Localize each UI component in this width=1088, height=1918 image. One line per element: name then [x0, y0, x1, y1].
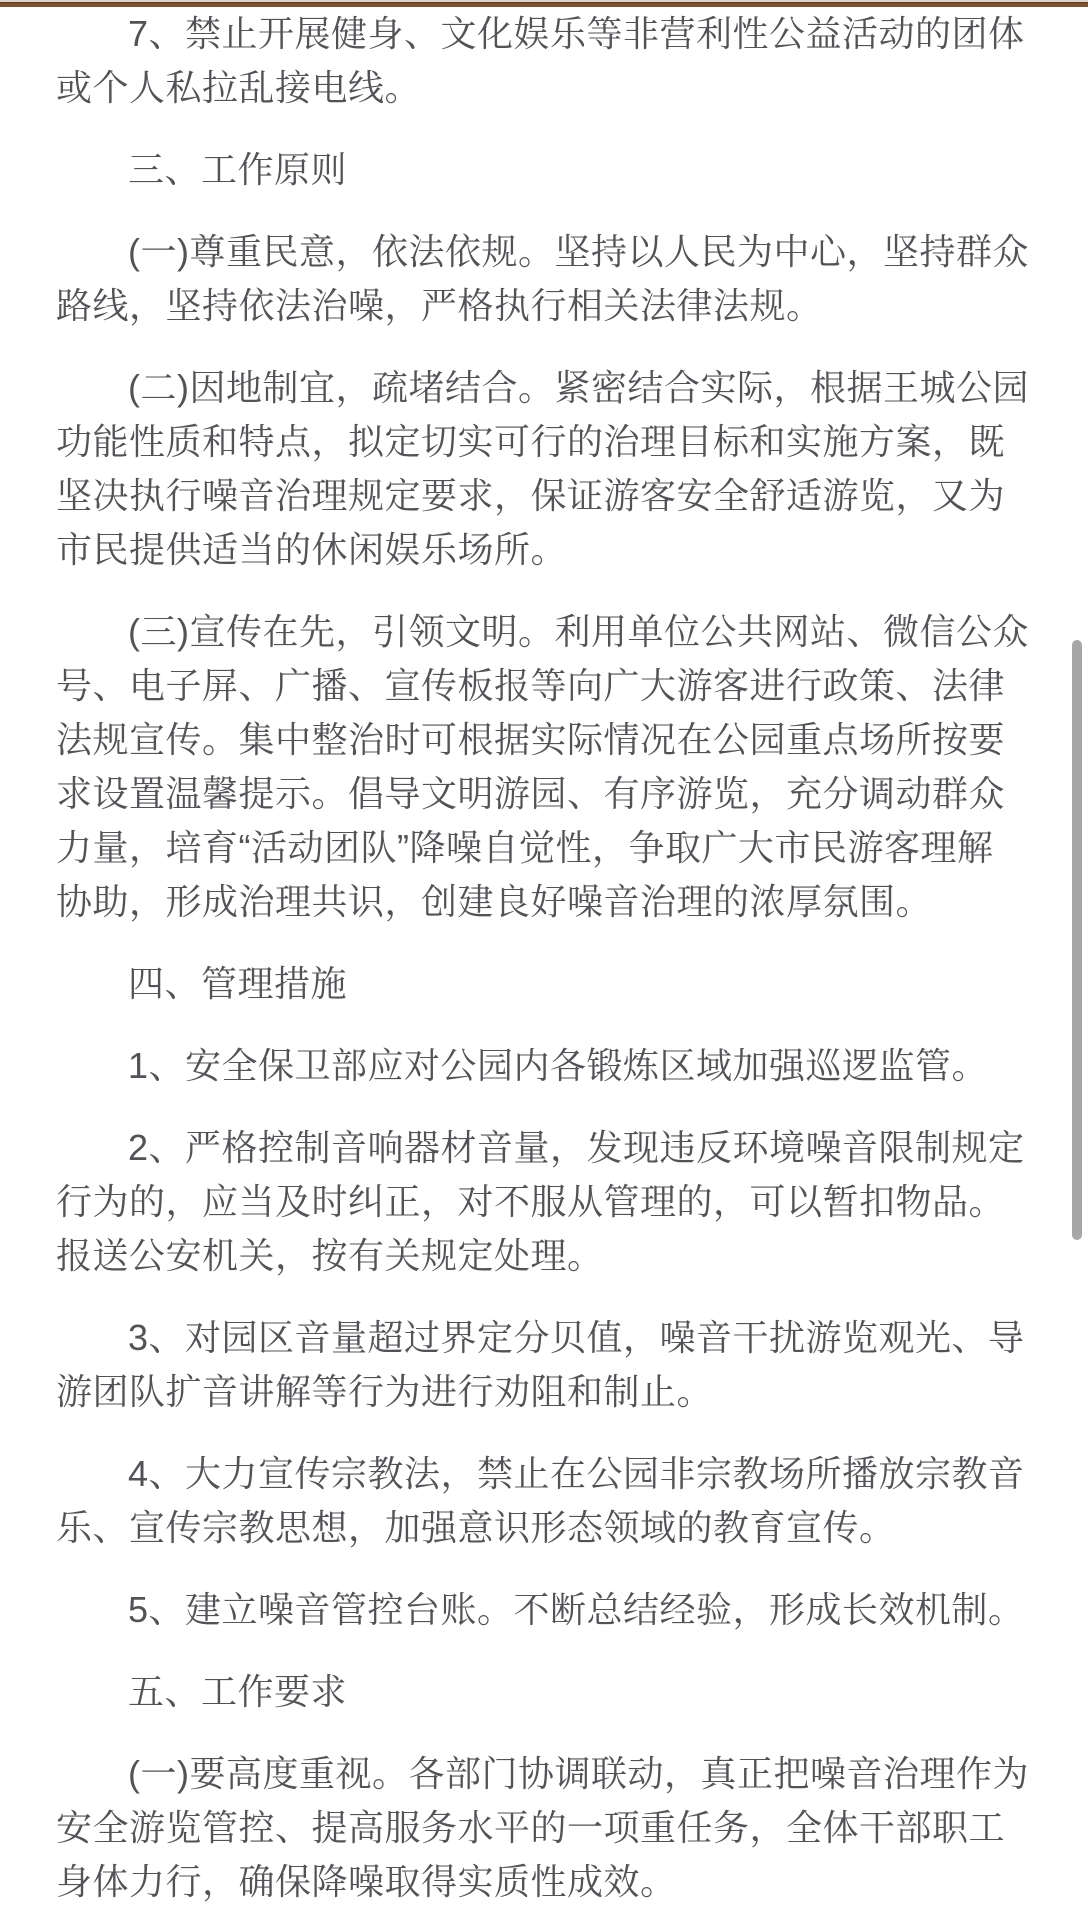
heading-line: 五、工作要求 — [56, 1665, 1032, 1719]
paragraph-line: (一)要高度重视。各部门协调联动，真正把噪音治理作为 — [56, 1747, 1032, 1801]
paragraph: (二)因地制宜，疏堵结合。紧密结合实际，根据王城公园功能性质和特点，拟定切实可行… — [56, 361, 1032, 577]
paragraph-line: 身体力行，确保降噪取得实质性成效。 — [56, 1855, 1032, 1909]
section-heading: 三、工作原则 — [56, 143, 1032, 197]
paragraph-line: 1、安全保卫部应对公园内各锻炼区域加强巡逻监管。 — [56, 1039, 1032, 1093]
paragraph-line: 3、对园区音量超过界定分贝值，噪音干扰游览观光、导 — [56, 1311, 1032, 1365]
paragraph-line: 4、大力宣传宗教法，禁止在公园非宗教场所播放宗教音 — [56, 1447, 1032, 1501]
paragraph-line: 游团队扩音讲解等行为进行劝阻和制止。 — [56, 1365, 1032, 1419]
paragraph: 3、对园区音量超过界定分贝值，噪音干扰游览观光、导游团队扩音讲解等行为进行劝阻和… — [56, 1311, 1032, 1419]
paragraph-line: 协助，形成治理共识，创建良好噪音治理的浓厚氛围。 — [56, 875, 1032, 929]
paragraph-line: 安全游览管控、提高服务水平的一项重任务，全体干部职工 — [56, 1801, 1032, 1855]
paragraph-line: 路线，坚持依法治噪，严格执行相关法律法规。 — [56, 279, 1032, 333]
paragraph-line: 7、禁止开展健身、文化娱乐等非营利性公益活动的团体 — [56, 7, 1032, 61]
paragraph-line: (三)宣传在先，引领文明。利用单位公共网站、微信公众 — [56, 605, 1032, 659]
paragraph-line: 号、电子屏、广播、宣传板报等向广大游客进行政策、法律 — [56, 659, 1032, 713]
heading-line: 四、管理措施 — [56, 957, 1032, 1011]
paragraph: 1、安全保卫部应对公园内各锻炼区域加强巡逻监管。 — [56, 1039, 1032, 1093]
paragraph-line: (一)尊重民意，依法依规。坚持以人民为中心，坚持群众 — [56, 225, 1032, 279]
paragraph-line: 力量，培育“活动团队”降噪自觉性，争取广大市民游客理解 — [56, 821, 1032, 875]
paragraph: (一)尊重民意，依法依规。坚持以人民为中心，坚持群众路线，坚持依法治噪，严格执行… — [56, 225, 1032, 333]
heading-line: 三、工作原则 — [56, 143, 1032, 197]
paragraph-line: 或个人私拉乱接电线。 — [56, 61, 1032, 115]
scrollbar-thumb[interactable] — [1072, 640, 1082, 1240]
section-heading: 五、工作要求 — [56, 1665, 1032, 1719]
paragraph: 7、禁止开展健身、文化娱乐等非营利性公益活动的团体或个人私拉乱接电线。 — [56, 7, 1032, 115]
section-heading: 四、管理措施 — [56, 957, 1032, 1011]
paragraph-line: 求设置温馨提示。倡导文明游园、有序游览，充分调动群众 — [56, 767, 1032, 821]
paragraph: (一)要高度重视。各部门协调联动，真正把噪音治理作为安全游览管控、提高服务水平的… — [56, 1747, 1032, 1909]
paragraph-line: 行为的，应当及时纠正，对不服从管理的，可以暂扣物品。 — [56, 1175, 1032, 1229]
paragraph: 5、建立噪音管控台账。不断总结经验，形成长效机制。 — [56, 1583, 1032, 1637]
paragraph-line: 报送公安机关，按有关规定处理。 — [56, 1229, 1032, 1283]
paragraph-line: 2、严格控制音响器材音量，发现违反环境噪音限制规定 — [56, 1121, 1032, 1175]
paragraph: (三)宣传在先，引领文明。利用单位公共网站、微信公众号、电子屏、广播、宣传板报等… — [56, 605, 1032, 929]
paragraph-line: (二)因地制宜，疏堵结合。紧密结合实际，根据王城公园 — [56, 361, 1032, 415]
paragraph: 4、大力宣传宗教法，禁止在公园非宗教场所播放宗教音乐、宣传宗教思想，加强意识形态… — [56, 1447, 1032, 1555]
paragraph-line: 坚决执行噪音治理规定要求，保证游客安全舒适游览，又为 — [56, 469, 1032, 523]
paragraph-line: 法规宣传。集中整治时可根据实际情况在公园重点场所按要 — [56, 713, 1032, 767]
paragraph-line: 5、建立噪音管控台账。不断总结经验，形成长效机制。 — [56, 1583, 1032, 1637]
paragraph-line: 功能性质和特点，拟定切实可行的治理目标和实施方案，既 — [56, 415, 1032, 469]
paragraph-line: 乐、宣传宗教思想，加强意识形态领域的教育宣传。 — [56, 1501, 1032, 1555]
paragraph-line: 市民提供适当的休闲娱乐场所。 — [56, 523, 1032, 577]
document-content: 7、禁止开展健身、文化娱乐等非营利性公益活动的团体或个人私拉乱接电线。三、工作原… — [0, 7, 1088, 1909]
paragraph: 2、严格控制音响器材音量，发现违反环境噪音限制规定行为的，应当及时纠正，对不服从… — [56, 1121, 1032, 1283]
